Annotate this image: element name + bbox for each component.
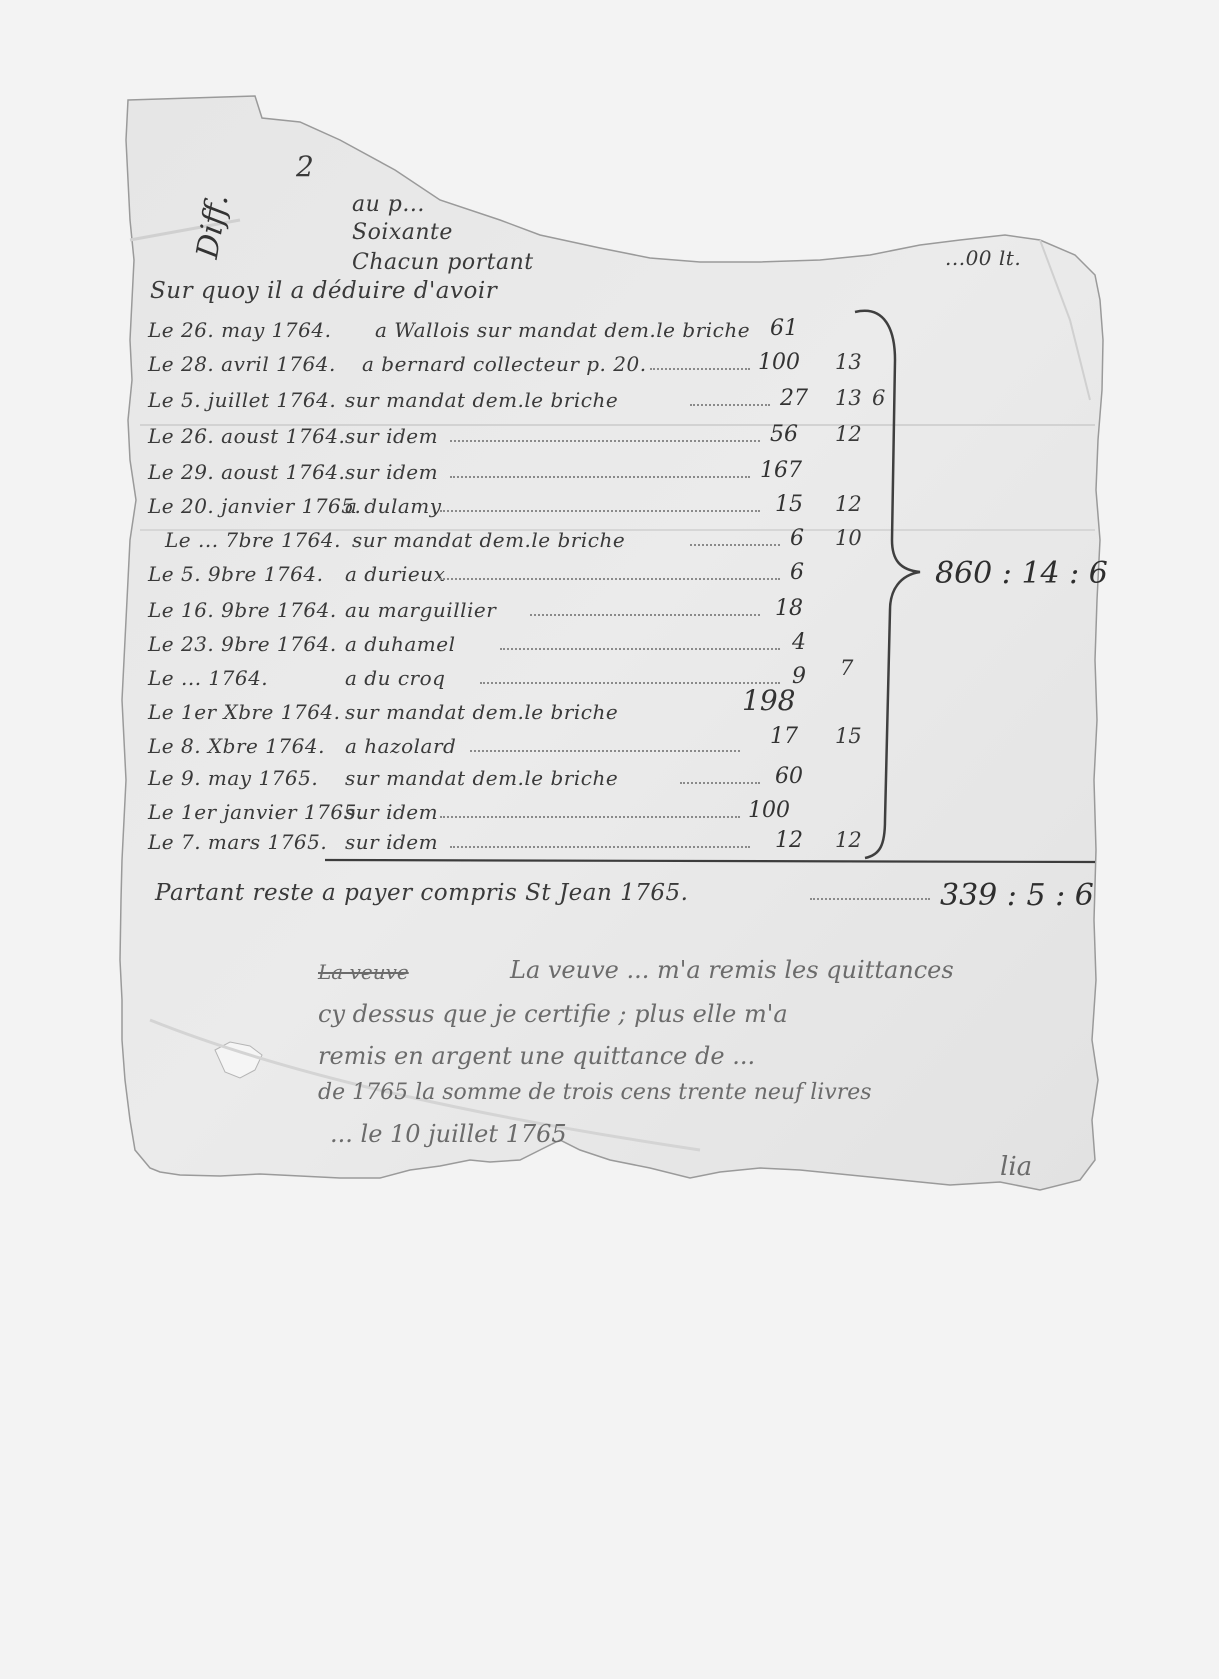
entry-livres: 4: [792, 630, 806, 655]
entry-description: a durieux: [345, 562, 445, 586]
entry-description: sur mandat dem.le briche: [352, 528, 625, 552]
balance-amount: 339 : 5 : 6: [940, 878, 1094, 913]
entry-date: Le 9. may 1765.: [148, 766, 318, 790]
entry-date: Le 20. janvier 1765.: [148, 494, 361, 518]
entry-date: Le 5. juillet 1764.: [148, 388, 336, 412]
dot-leader: [450, 476, 750, 478]
entry-livres: 167: [760, 458, 802, 483]
top-fragment-line-1: au p...: [352, 192, 425, 217]
entry-description: sur idem: [345, 460, 438, 484]
entry-date: Le 23. 9bre 1764.: [148, 632, 337, 656]
receipt-line-5: ... le 10 juillet 1765: [330, 1120, 567, 1148]
entry-livres: 17: [770, 724, 798, 749]
dot-leader: [810, 898, 930, 900]
entry-date: Le 1er Xbre 1764.: [148, 700, 341, 724]
entry-description: sur mandat dem.le briche: [345, 388, 618, 412]
signature: lia: [1000, 1152, 1032, 1182]
dot-leader: [470, 750, 740, 752]
entry-date: Le 29. aoust 1764.: [148, 460, 345, 484]
entry-sous: 12: [835, 422, 862, 446]
entry-description: sur idem: [345, 800, 438, 824]
entry-description: a bernard collecteur p. 20.: [362, 352, 647, 376]
top-fragment-line-2: Soixante: [352, 220, 453, 245]
struck-word: La veuve: [318, 960, 409, 984]
dot-leader: [690, 544, 780, 546]
dot-leader: [650, 368, 750, 370]
entry-description: sur idem: [345, 424, 438, 448]
dot-leader: [440, 578, 780, 580]
entry-sous: 13: [835, 386, 862, 410]
entry-description: sur mandat dem.le briche: [345, 700, 618, 724]
entry-deniers: 6: [872, 386, 885, 410]
entry-description: a dulamy: [345, 494, 442, 518]
entry-date: Le 5. 9bre 1764.: [148, 562, 323, 586]
entry-livres: 100: [758, 350, 800, 375]
entry-livres: 18: [775, 596, 803, 621]
entry-description: a du croq: [345, 666, 445, 690]
dot-leader: [480, 682, 780, 684]
entry-date: Le ... 7bre 1764.: [165, 528, 341, 552]
receipt-line-3: remis en argent une quittance de ...: [318, 1042, 755, 1070]
entry-livres: 100: [748, 798, 790, 823]
dot-leader: [440, 510, 760, 512]
dot-leader: [440, 816, 740, 818]
balance-label: Partant reste a payer compris St Jean 17…: [155, 880, 688, 906]
entry-date: Le ... 1764.: [148, 666, 268, 690]
entry-date: Le 7. mars 1765.: [148, 830, 327, 854]
entry-description: a hazolard: [345, 734, 456, 758]
dot-leader: [450, 846, 750, 848]
entry-description: sur idem: [345, 830, 438, 854]
entry-description: a Wallois sur mandat dem.le briche: [375, 318, 750, 342]
entry-livres: 60: [775, 764, 803, 789]
entry-sous: 15: [835, 724, 862, 748]
dot-leader: [500, 648, 780, 650]
entry-livres: 6: [790, 526, 804, 551]
entry-sous: 13: [835, 350, 862, 374]
entry-date: Le 16. 9bre 1764.: [148, 598, 337, 622]
entry-sous: 12: [835, 828, 862, 852]
dot-leader: [680, 782, 760, 784]
entry-date: Le 28. avril 1764.: [148, 352, 336, 376]
top-fragment-line-3: Chacun portant: [352, 250, 534, 275]
entry-livres: 61: [770, 316, 798, 341]
entry-description: sur mandat dem.le briche: [345, 766, 618, 790]
entry-sous: 12: [835, 492, 862, 516]
top-fragment-mark: 2: [296, 150, 314, 183]
dot-leader: [450, 440, 760, 442]
bracket-total: 860 : 14 : 6: [935, 556, 1108, 591]
entry-livres: 6: [790, 560, 804, 585]
entry-sous: 10: [835, 526, 862, 550]
receipt-line-4: de 1765 la somme de trois cens trente ne…: [318, 1080, 872, 1105]
entry-livres: 12: [775, 828, 803, 853]
top-fragment-torn-amount: ...00 lt.: [945, 246, 1021, 270]
receipt-line-2: cy dessus que je certifie ; plus elle m'…: [318, 1000, 788, 1028]
entry-date: Le 1er janvier 1765.: [148, 800, 364, 824]
entry-livres: 198: [742, 684, 795, 717]
dot-leader: [690, 404, 770, 406]
receipt-line-1: La veuve ... m'a remis les quittances: [510, 956, 954, 984]
entry-date: Le 26. may 1764.: [148, 318, 331, 342]
dot-leader: [530, 614, 760, 616]
entry-livres: 27: [780, 386, 808, 411]
entry-description: au marguillier: [345, 598, 496, 622]
entry-livres: 56: [770, 422, 798, 447]
entry-livres: 15: [775, 492, 803, 517]
entry-description: a duhamel: [345, 632, 455, 656]
entry-date: Le 26. aoust 1764.: [148, 424, 345, 448]
entry-date: Le 8. Xbre 1764.: [148, 734, 325, 758]
entry-sous: 7: [840, 656, 853, 680]
ledger-heading: Sur quoy il a déduire d'avoir: [150, 278, 497, 304]
